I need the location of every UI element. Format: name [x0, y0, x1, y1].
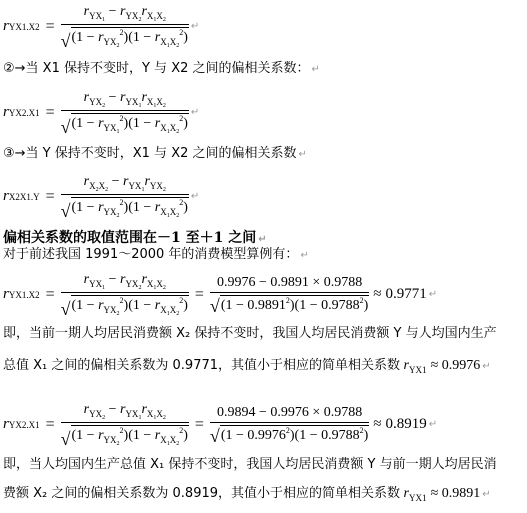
fraction: rX2X2 − rYX1rYX2 √(1 − rYX22)(1 − rX1X22… — [61, 174, 189, 219]
sqrt-icon: √ — [61, 431, 71, 447]
formula-partial-r-yx1-x2: rYX1.X2 = rYX1 − rYX2rX1X2 √(1 − rYX22)(… — [3, 4, 199, 49]
numerator: rX2X2 − rYX1rYX2 — [80, 174, 170, 194]
return-mark: ↵ — [191, 21, 199, 32]
paragraph-1-line-2: 总值 X₁ 之间的偏相关系数为 0.9771，其值小于相应的简单相关系数 rYX… — [3, 357, 491, 379]
paragraph-2-line-2: 费额 X₂ 之间的偏相关系数为 0.8919，其值小于相应的简单相关系数 rYX… — [3, 485, 491, 507]
simple-correlation-value: ≈ 0.9976 — [431, 358, 481, 373]
fraction: rYX2 − rYX1rX1X2 √(1 − rYX22)(1 − rX1X22… — [61, 402, 189, 447]
denominator: √(1 − rYX22)(1 − rX1X22) — [61, 25, 189, 49]
sqrt-icon: √ — [61, 203, 71, 219]
denominator: √(1 − rYX22)(1 − rX1X22) — [61, 195, 189, 219]
paragraph-1-line-1: 即，当前一期人均居民消费额 X₂ 保持不变时，我国人均居民消费额 Y 与人均国内… — [3, 325, 497, 343]
item-3-text: ③→当 Y 保持不变时，X1 与 X2 之间的偏相关系数↵ — [3, 145, 307, 164]
numeric-denominator: √(1 − 0.98912)(1 − 0.97882) — [210, 293, 369, 314]
fraction: rYX1 − rYX2rX1X2 √(1 − rYX22)(1 − rX1X22… — [61, 4, 189, 49]
numerator: rYX1 − rYX2rX1X2 — [80, 4, 170, 24]
formula-partial-r-x2x1-y: rX2X1.Y = rX2X2 − rYX1rYX2 √(1 − rYX22)(… — [3, 174, 199, 219]
result-value: 0.8919 — [386, 416, 427, 433]
numeric-fraction: 0.9976 − 0.9891 × 0.9788 √(1 − 0.98912)(… — [210, 275, 369, 314]
numeric-numerator: 0.9976 − 0.9891 × 0.9788 — [213, 275, 366, 292]
section-heading: 偏相关系数的取值范围在－1 至＋1 之间↵ — [3, 227, 267, 247]
sqrt-icon: √ — [61, 119, 71, 135]
simple-correlation-value: ≈ 0.9891 — [431, 486, 481, 501]
denominator: √(1 − rYX12)(1 − rX1X22) — [61, 111, 189, 135]
result-value: 0.9771 — [386, 286, 427, 303]
numerator: rYX2 − rYX1rX1X2 — [80, 90, 170, 110]
sqrt-icon: √ — [61, 33, 71, 49]
item-2-text: ②→当 X1 保持不变时，Y 与 X2 之间的偏相关系数：↵ — [3, 60, 320, 79]
intro-text: 对于前述我国 1991～2000 年的消费模型算例有：↵ — [3, 246, 309, 265]
formula-partial-r-yx2-x1: rYX2.X1 = rYX2 − rYX1rX1X2 √(1 − rYX12)(… — [3, 90, 199, 135]
fraction: rYX2 − rYX1rX1X2 √(1 − rYX12)(1 − rX1X22… — [61, 90, 189, 135]
sqrt-icon: √ — [210, 298, 220, 314]
paragraph-2-line-1: 即，当人均国内生产总值 X₁ 保持不变时，我国人均居民消费额 Y 与前一期人均居… — [3, 456, 497, 474]
formula-numeric-yx2-x1: rYX2.X1 = rYX2 − rYX1rX1X2 √(1 − rYX22)(… — [3, 402, 437, 447]
formula-numeric-yx1-x2: rYX1.X2 = rYX1 − rYX2rX1X2 √(1 − rYX22)(… — [3, 272, 437, 317]
numeric-fraction: 0.9894 − 0.9976 × 0.9788 √(1 − 0.99762)(… — [210, 405, 369, 444]
fraction: rYX1 − rYX2rX1X2 √(1 − rYX22)(1 − rX1X22… — [61, 272, 189, 317]
sqrt-icon: √ — [61, 301, 71, 317]
lhs-subscript: YX1.X2 — [9, 22, 40, 32]
sqrt-icon: √ — [210, 428, 220, 444]
